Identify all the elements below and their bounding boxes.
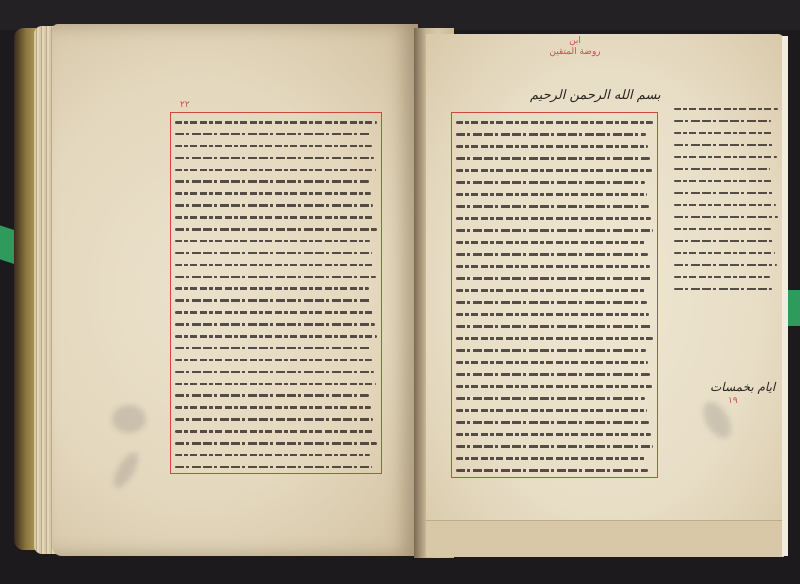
text-line xyxy=(175,169,376,172)
text-line xyxy=(456,361,648,364)
text-line xyxy=(456,253,648,256)
text-line xyxy=(175,430,375,433)
text-line xyxy=(456,121,653,124)
text-line xyxy=(175,466,372,469)
green-tab-right xyxy=(788,290,800,326)
text-line xyxy=(456,385,652,388)
catchword: ايام بخمسات xyxy=(710,380,775,394)
basmala-heading: بسم الله الرحمن الرحيم xyxy=(530,88,661,103)
text-line xyxy=(175,394,369,397)
text-line xyxy=(456,265,650,268)
text-line xyxy=(674,120,771,122)
text-line xyxy=(674,156,777,158)
text-line xyxy=(175,383,376,386)
text-line xyxy=(175,418,373,421)
text-line xyxy=(674,180,772,182)
text-line xyxy=(175,347,370,350)
text-line xyxy=(175,204,373,207)
folio-number-left: ٢٢ xyxy=(180,100,190,110)
folio-number-right: ١٩ xyxy=(728,396,738,406)
text-line xyxy=(175,121,377,124)
text-line xyxy=(674,264,777,266)
text-line xyxy=(456,181,645,184)
seal-line: ابن xyxy=(530,36,620,47)
text-line xyxy=(456,313,649,316)
text-line xyxy=(175,406,371,409)
text-line xyxy=(674,252,775,254)
text-line xyxy=(175,371,374,374)
text-line xyxy=(456,373,650,376)
text-line xyxy=(674,240,773,242)
text-line xyxy=(175,287,369,290)
text-line xyxy=(175,216,375,219)
text-line xyxy=(175,240,370,243)
text-line xyxy=(175,252,372,255)
text-line xyxy=(175,311,373,314)
text-line xyxy=(175,359,372,362)
text-line xyxy=(456,289,645,292)
right-text-block xyxy=(451,112,658,478)
text-line xyxy=(456,205,649,208)
text-line xyxy=(456,445,653,448)
text-line xyxy=(456,157,650,160)
text-line xyxy=(456,169,652,172)
text-line xyxy=(456,397,645,400)
text-line xyxy=(456,133,646,136)
text-line xyxy=(175,299,371,302)
text-line xyxy=(175,157,374,160)
text-line xyxy=(175,145,372,148)
text-line xyxy=(456,193,647,196)
text-line xyxy=(674,204,776,206)
text-line xyxy=(674,288,772,290)
text-line xyxy=(456,277,652,280)
text-line xyxy=(175,335,377,338)
text-line xyxy=(456,337,653,340)
text-line xyxy=(175,228,377,231)
text-line xyxy=(175,442,377,445)
text-line xyxy=(456,145,648,148)
seal-line: روضة المتقين xyxy=(530,47,620,58)
text-line xyxy=(674,144,775,146)
text-line xyxy=(674,168,770,170)
left-text-block xyxy=(170,112,382,474)
text-line xyxy=(456,241,646,244)
ownership-seal: ابن روضة المتقين xyxy=(530,36,620,58)
text-line xyxy=(175,276,376,279)
text-line xyxy=(674,216,778,218)
text-line xyxy=(456,325,651,328)
text-line xyxy=(456,229,653,232)
text-line xyxy=(456,409,647,412)
text-line xyxy=(674,276,770,278)
text-line xyxy=(175,180,369,183)
margin-note xyxy=(672,108,782,308)
text-line xyxy=(175,323,375,326)
stain xyxy=(112,405,146,433)
text-line xyxy=(674,228,771,230)
text-line xyxy=(456,349,646,352)
text-line xyxy=(175,264,374,267)
text-line xyxy=(456,217,651,220)
text-line xyxy=(674,108,778,110)
right-page-bottom-strip xyxy=(426,520,784,557)
text-line xyxy=(674,132,773,134)
text-line xyxy=(175,454,370,457)
page-edge-right xyxy=(782,36,788,556)
text-line xyxy=(456,433,651,436)
text-line xyxy=(175,133,370,136)
text-line xyxy=(456,469,648,472)
text-line xyxy=(456,421,649,424)
text-line xyxy=(456,457,646,460)
text-line xyxy=(175,192,371,195)
text-line xyxy=(456,301,647,304)
text-line xyxy=(674,192,774,194)
